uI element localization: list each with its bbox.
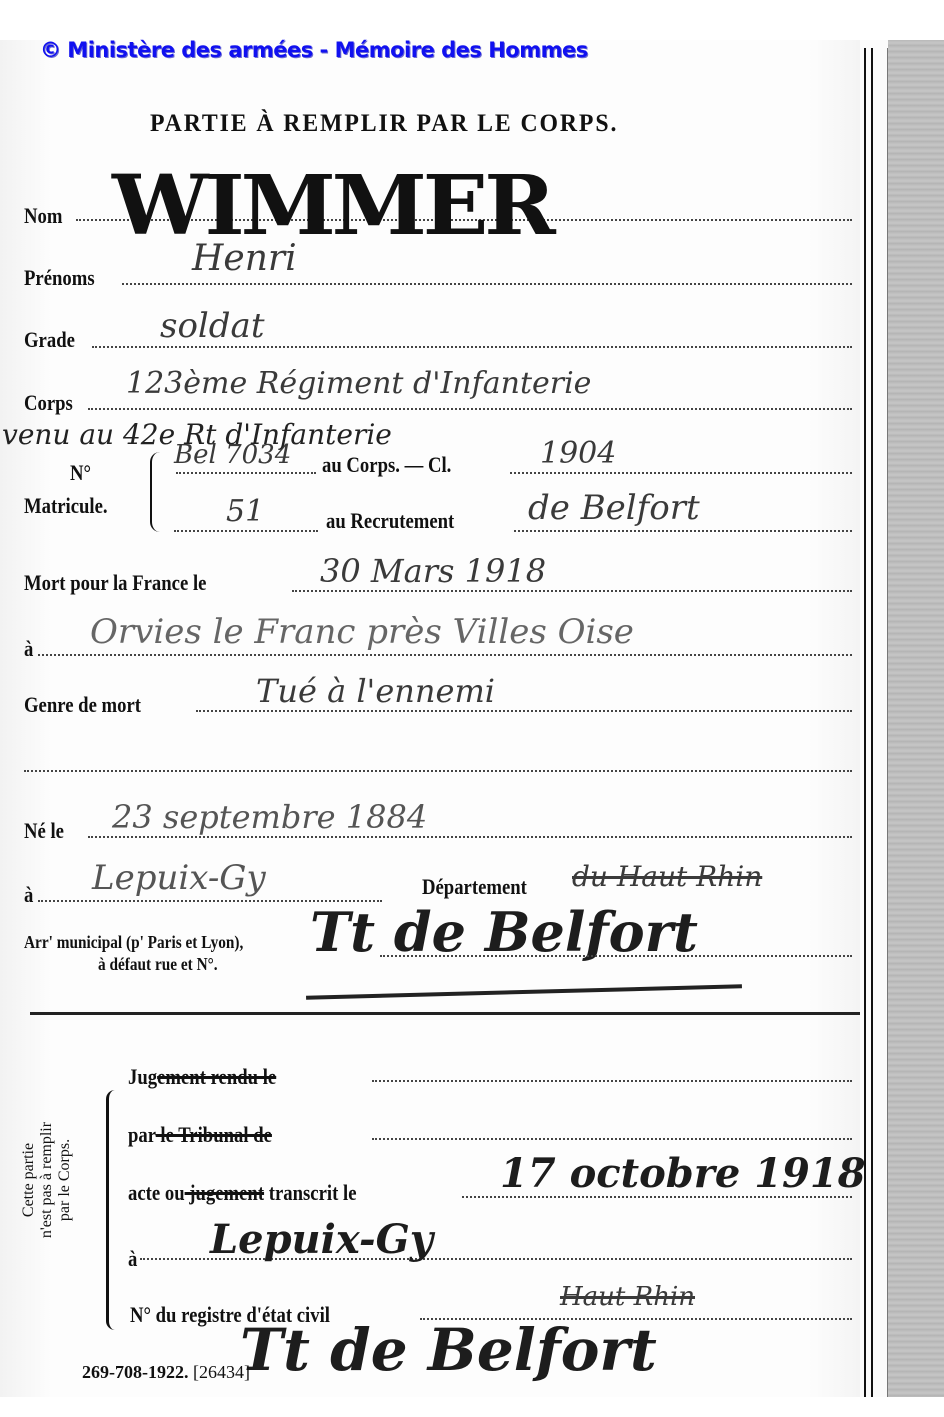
acte-value: 17 octobre 1918: [500, 1150, 866, 1197]
nom-value: WIMMER: [112, 158, 552, 254]
matricule-corps-line: [176, 472, 316, 474]
corps-value: 123ème Régiment d'Infanterie: [126, 366, 591, 401]
registre-struck-value: Haut Rhin: [560, 1282, 695, 1312]
ne-le-label: Né le: [24, 818, 64, 844]
form-footer: 269-708-1922. [26434]: [82, 1362, 250, 1383]
arrondissement-label-2: à défaut rue et N°.: [98, 954, 218, 975]
registre-value: Tt de Belfort: [240, 1316, 657, 1384]
ne-a-label: à: [24, 882, 33, 908]
ne-le-value: 23 septembre 1884: [112, 798, 427, 836]
classe-value: 1904: [540, 436, 616, 471]
recrutement-line: [514, 530, 852, 532]
blank-line: [24, 770, 852, 772]
genre-line: [196, 710, 852, 712]
acte-a-label: à: [128, 1246, 137, 1272]
prenoms-value: Henri: [192, 238, 297, 279]
lower-brace: [106, 1090, 115, 1330]
matricule-label: Matricule.: [24, 493, 108, 519]
nom-label: Nom: [24, 203, 62, 229]
recrutement-no-value: 51: [226, 494, 264, 529]
side-note-line: par le Corps.: [56, 1060, 74, 1300]
side-note: Cette partie n'est pas à remplir par le …: [20, 1060, 74, 1300]
border-line: [871, 48, 873, 1397]
corps-label: Corps: [24, 390, 73, 416]
genre-label: Genre de mort: [24, 692, 141, 718]
grade-value: soldat: [160, 306, 265, 346]
grade-line: [92, 346, 852, 348]
mort-le-line: [292, 590, 852, 592]
acte-a-value: Lepuix-Gy: [210, 1216, 433, 1263]
border-line: [887, 48, 888, 1397]
copyright-watermark: © Ministère des armées - Mémoire des Hom…: [40, 38, 588, 62]
mort-a-value: Orvies le Franc près Villes Oise: [90, 612, 634, 652]
acte-label: acte ou jugement transcrit le: [128, 1180, 356, 1206]
side-note-line: n'est pas à remplir: [38, 1060, 56, 1300]
jugement-label: Jugement rendu le: [128, 1064, 276, 1090]
mort-le-label: Mort pour la France le: [24, 570, 206, 596]
matricule-no-label: N°: [70, 460, 91, 486]
section-divider: [30, 1012, 860, 1015]
mort-a-label: à: [24, 636, 33, 662]
classe-line: [510, 472, 852, 474]
tribunal-line: [372, 1138, 852, 1140]
ne-a-value: Lepuix-Gy: [92, 858, 266, 898]
grade-label: Grade: [24, 327, 75, 353]
prenoms-label: Prénoms: [24, 265, 95, 291]
jugement-line: [372, 1080, 852, 1082]
scan-edge: [888, 40, 944, 1397]
ne-le-line: [88, 836, 852, 838]
side-note-line: Cette partie: [20, 1060, 38, 1300]
arrondissement-line: [380, 955, 852, 957]
tribunal-label: par le Tribunal de: [128, 1122, 272, 1148]
matricule-corps-value: Bel 7034: [174, 440, 291, 470]
arrondissement-label: Arr' municipal (p' Paris et Lyon),: [24, 932, 243, 953]
print-code: 269-708-1922.: [82, 1362, 189, 1382]
matricule-brace: [150, 452, 160, 532]
recrutement-no-line: [174, 530, 318, 532]
mort-le-value: 30 Mars 1918: [320, 552, 546, 590]
prenoms-line: [122, 283, 852, 285]
corps-line: [88, 408, 852, 410]
genre-value: Tué à l'ennemi: [256, 672, 495, 710]
recrutement-value: de Belfort: [528, 488, 700, 528]
form-heading: PARTIE À REMPLIR PAR LE CORPS.: [150, 110, 618, 138]
departement-label: Département: [422, 874, 527, 900]
au-corps-label: au Corps. — Cl.: [322, 452, 451, 478]
recrutement-label: au Recrutement: [326, 508, 454, 534]
departement-struck-value: du Haut Rhin: [572, 860, 762, 893]
mort-a-line: [38, 654, 852, 656]
print-ref: [26434]: [193, 1362, 250, 1382]
